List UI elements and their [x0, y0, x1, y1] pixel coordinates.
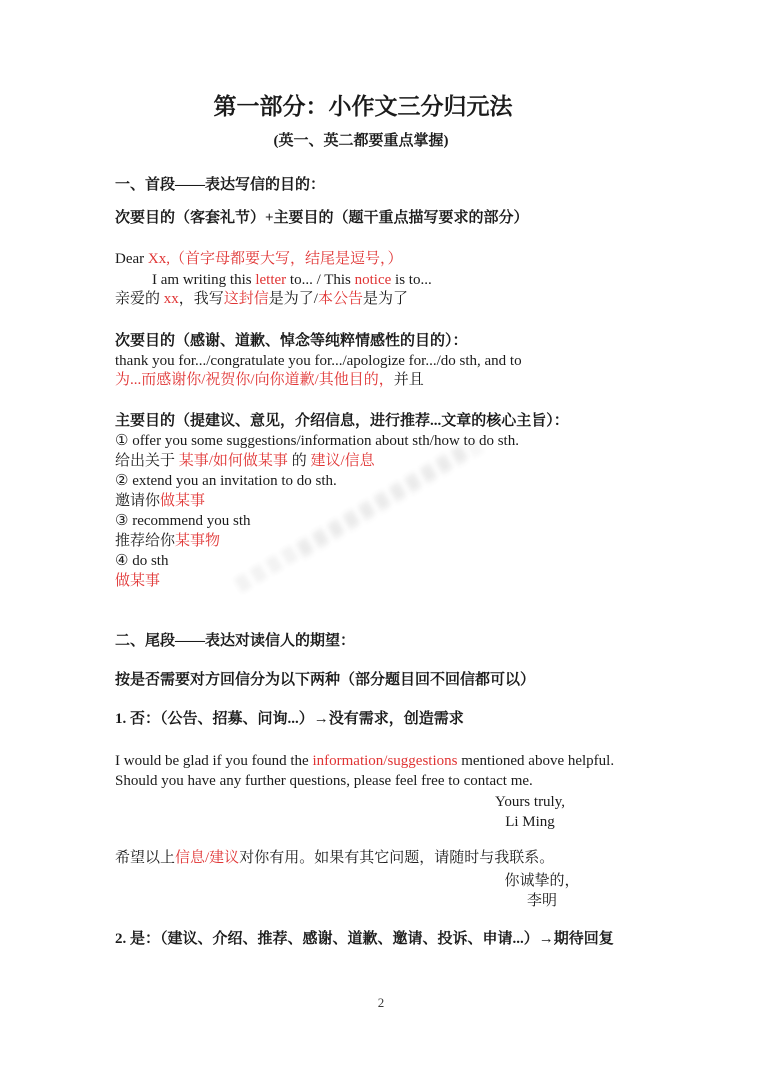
salutation-line: Dear Xx,（首字母都要大写，结尾是逗号，）	[115, 249, 403, 269]
section2-heading: 二、尾段——表达对读信人的期望：	[115, 631, 355, 651]
closing-cn-r1: 信息/建议	[175, 850, 239, 866]
signature-cn-name: 李明	[410, 891, 674, 911]
opening-cn-b3: 是为了/	[269, 291, 318, 307]
salutation-black: Dear	[115, 251, 148, 267]
closing-en-b1: I would be glad if you found the	[115, 753, 312, 769]
closing-cn-b2: 对你有用。如果有其它问题，请随时与我联系。	[239, 850, 554, 866]
item1-cn-b1: 给出关于	[115, 453, 179, 469]
opening-chinese-line: 亲爱的 xx，我写这封信是为了/本公告是为了	[115, 289, 408, 309]
item3-cn-r1: 某事物	[175, 533, 220, 549]
opening-cn-b1: 亲爱的	[115, 291, 164, 307]
major-purpose-heading: 主要目的（提建议、意见，介绍信息，进行推荐...文章的核心主旨）：	[115, 411, 569, 431]
signature-en-valediction: Yours truly,	[398, 792, 662, 812]
minor-purpose-chinese: 为...而感谢你/祝贺你/向你道歉/其他目的，并且	[115, 370, 424, 390]
major-item2-en: ② extend you an invitation to do sth.	[115, 471, 337, 491]
case-yes-heading: 2. 是：（建议、介绍、推荐、感谢、道歉、邀请、投诉、申请...）→期待回复	[115, 929, 614, 949]
closing-en-b2: mentioned above helpful.	[457, 753, 614, 769]
major-item4-en: ④ do sth	[115, 551, 168, 571]
case-no-heading: 1. 否：（公告、招募、问询...）→没有需求，创造需求	[115, 709, 464, 729]
minor-purpose-heading: 次要目的（感谢、道歉、悼念等纯粹情感性的目的）：	[115, 331, 468, 351]
closing-cn-b1: 希望以上	[115, 850, 175, 866]
opening-en-b1: I am writing this	[152, 272, 255, 288]
closing-english-line1: I would be glad if you found the informa…	[115, 751, 614, 771]
signature-en-name: Li Ming	[398, 812, 662, 832]
page-number: 2	[0, 993, 762, 1013]
opening-cn-r3: 本公告	[318, 291, 363, 307]
minor-cn-black: 并且	[394, 372, 424, 388]
major-item3-en: ③ recommend you sth	[115, 511, 251, 531]
major-item1-en: ① offer you some suggestions/information…	[115, 431, 519, 451]
opening-en-b3: is to...	[391, 272, 431, 288]
salutation-red: Xx,（首字母都要大写，结尾是逗号，）	[148, 251, 403, 267]
signature-cn-valediction: 你诚挚的，	[410, 871, 674, 891]
page-subtitle: (英一、英二都要重点掌握)	[0, 131, 722, 151]
page-title: 第一部分：小作文三分归元法	[0, 92, 726, 122]
opening-en-b2: to... / This	[286, 272, 354, 288]
opening-en-r2: notice	[355, 272, 392, 288]
opening-english-line: I am writing this letter to... / This no…	[152, 270, 432, 290]
item1-cn-r1: 某事/如何做某事	[179, 453, 288, 469]
section1-heading: 一、首段——表达写信的目的：	[115, 175, 325, 195]
opening-cn-b4: 是为了	[363, 291, 408, 307]
major-item3-cn: 推荐给你某事物	[115, 531, 220, 551]
minor-cn-red: 为...而感谢你/祝贺你/向你道歉/其他目的，	[115, 372, 394, 388]
major-item4-cn: 做某事	[115, 571, 160, 591]
item2-cn-b1: 邀请你	[115, 493, 160, 509]
document-page: 第一部分：小作文三分归元法 (英一、英二都要重点掌握) 一、首段——表达写信的目…	[0, 0, 762, 1078]
opening-cn-r2: 这封信	[224, 291, 269, 307]
item1-cn-r2: 建议/信息	[310, 453, 374, 469]
item2-cn-r1: 做某事	[160, 493, 205, 509]
section2-rule: 按是否需要对方回信分为以下两种（部分题目回不回信都可以）	[115, 670, 535, 690]
opening-cn-b2: ，我写	[179, 291, 224, 307]
item3-cn-b1: 推荐给你	[115, 533, 175, 549]
closing-english-line2: Should you have any further questions, p…	[115, 771, 533, 791]
item4-cn-r1: 做某事	[115, 573, 160, 589]
closing-chinese-line: 希望以上信息/建议对你有用。如果有其它问题，请随时与我联系。	[115, 848, 554, 868]
major-item1-cn: 给出关于 某事/如何做某事 的 建议/信息	[115, 451, 375, 471]
section1-formula: 次要目的（客套礼节）+主要目的（题干重点描写要求的部分）	[115, 208, 529, 228]
major-item2-cn: 邀请你做某事	[115, 491, 205, 511]
opening-en-r1: letter	[255, 272, 286, 288]
minor-purpose-english: thank you for.../congratulate you for...…	[115, 351, 522, 371]
closing-en-r1: information/suggestions	[312, 753, 457, 769]
opening-cn-r1: xx	[164, 291, 179, 307]
item1-cn-b2: 的	[288, 453, 311, 469]
